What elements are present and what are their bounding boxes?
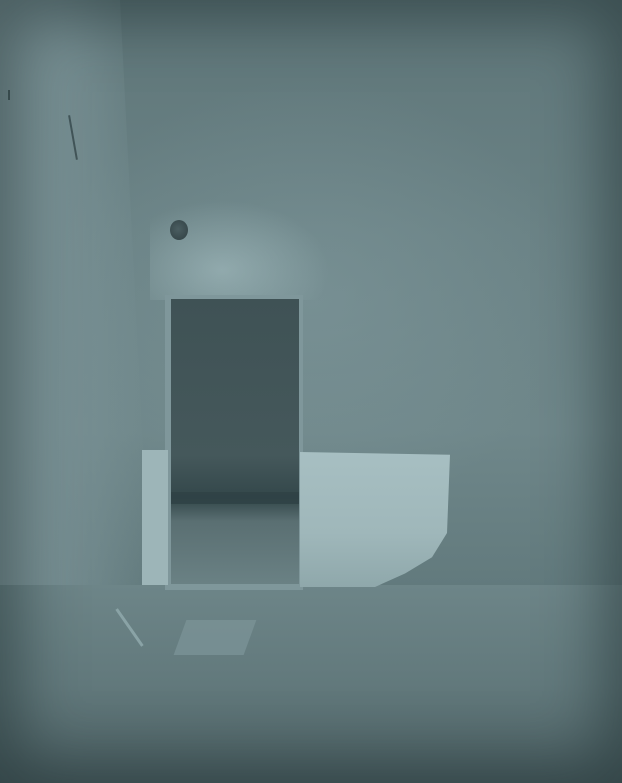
light-glow — [150, 200, 330, 300]
plaster-patch-left — [142, 450, 168, 585]
floor — [0, 585, 622, 783]
debris-slab — [174, 620, 257, 655]
wall-hole — [170, 220, 188, 240]
wall-crack — [8, 90, 10, 100]
room-photograph — [0, 0, 622, 783]
door-threshold — [171, 492, 299, 504]
plaster-patch — [300, 452, 450, 587]
doorway — [171, 299, 299, 584]
